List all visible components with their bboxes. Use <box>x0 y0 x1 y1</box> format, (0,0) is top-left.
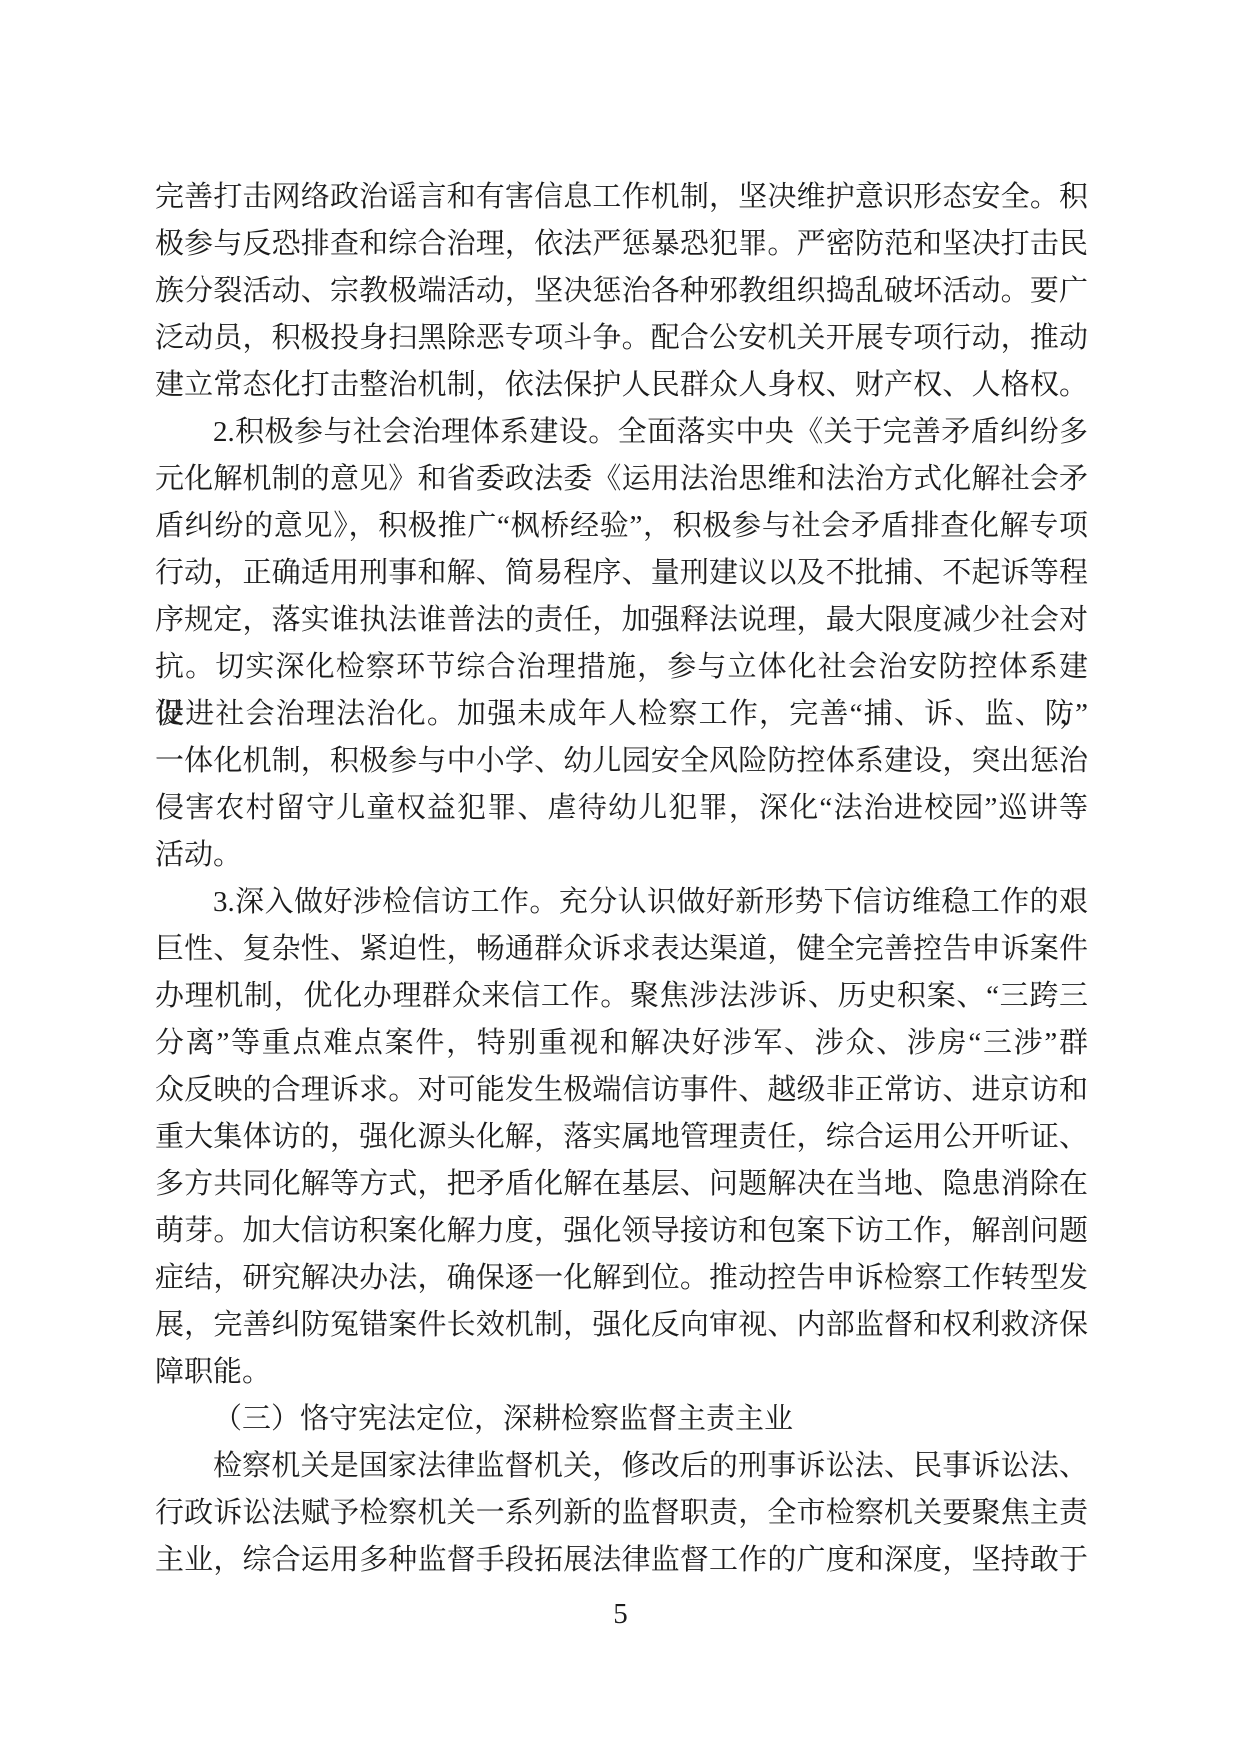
text-line: 巨性、复杂性、紧迫性，畅通群众诉求表达渠道，健全完善控告申诉案件 <box>155 926 1088 973</box>
text-line: 主业，综合运用多种监督手段拓展法律监督工作的广度和深度，坚持敢于 <box>155 1537 1088 1584</box>
text-line: 抗。切实深化检察环节综合治理措施，参与立体化社会治安防控体系建设， <box>155 644 1088 691</box>
text-line: 建立常态化打击整治机制，依法保护人民群众人身权、财产权、人格权。 <box>155 362 1088 409</box>
text-line: 元化解机制的意见》和省委政法委《运用法治思维和法治方式化解社会矛 <box>155 456 1088 503</box>
text-line: 盾纠纷的意见》，积极推广“枫桥经验”，积极参与社会矛盾排查化解专项 <box>155 503 1088 550</box>
text-line: 序规定，落实谁执法谁普法的责任，加强释法说理，最大限度减少社会对 <box>155 597 1088 644</box>
text-line: 分离”等重点难点案件，特别重视和解决好涉军、涉众、涉房“三涉”群 <box>155 1020 1088 1067</box>
text-line: 促进社会治理法治化。加强未成年人检察工作，完善“捕、诉、监、防” <box>155 691 1088 738</box>
text-line: 众反映的合理诉求。对可能发生极端信访事件、越级非正常访、进京访和 <box>155 1067 1088 1114</box>
text-line: 行政诉讼法赋予检察机关一系列新的监督职责，全市检察机关要聚焦主责 <box>155 1490 1088 1537</box>
text-line: 障职能。 <box>155 1349 1088 1396</box>
text-line: 展，完善纠防冤错案件长效机制，强化反向审视、内部监督和权利救济保 <box>155 1302 1088 1349</box>
page-number: 5 <box>0 1594 1241 1634</box>
body-text: 完善打击网络政治谣言和有害信息工作机制，坚决维护意识形态安全。积极参与反恐排查和… <box>155 174 1088 1584</box>
text-line: 泛动员，积极投身扫黑除恶专项斗争。配合公安机关开展专项行动，推动 <box>155 315 1088 362</box>
text-line: 极参与反恐排查和综合治理，依法严惩暴恐犯罪。严密防范和坚决打击民 <box>155 221 1088 268</box>
text-line: 2.积极参与社会治理体系建设。全面落实中央《关于完善矛盾纠纷多 <box>155 409 1088 456</box>
text-line: 3.深入做好涉检信访工作。充分认识做好新形势下信访维稳工作的艰 <box>155 879 1088 926</box>
document-page: 完善打击网络政治谣言和有害信息工作机制，坚决维护意识形态安全。积极参与反恐排查和… <box>0 0 1241 1754</box>
text-line: 办理机制，优化办理群众来信工作。聚焦涉法涉诉、历史积案、“三跨三 <box>155 973 1088 1020</box>
text-line: 完善打击网络政治谣言和有害信息工作机制，坚决维护意识形态安全。积 <box>155 174 1088 221</box>
text-line: 重大集体访的，强化源头化解，落实属地管理责任，综合运用公开听证、 <box>155 1114 1088 1161</box>
text-line: 症结，研究解决办法，确保逐一化解到位。推动控告申诉检察工作转型发 <box>155 1255 1088 1302</box>
text-line: 族分裂活动、宗教极端活动，坚决惩治各种邪教组织捣乱破坏活动。要广 <box>155 268 1088 315</box>
text-line: 活动。 <box>155 832 1088 879</box>
text-line: 一体化机制，积极参与中小学、幼儿园安全风险防控体系建设，突出惩治 <box>155 738 1088 785</box>
text-line: （三）恪守宪法定位，深耕检察监督主责主业 <box>155 1396 1088 1443</box>
text-line: 侵害农村留守儿童权益犯罪、虐待幼儿犯罪，深化“法治进校园”巡讲等 <box>155 785 1088 832</box>
text-line: 多方共同化解等方式，把矛盾化解在基层、问题解决在当地、隐患消除在 <box>155 1161 1088 1208</box>
text-line: 检察机关是国家法律监督机关，修改后的刑事诉讼法、民事诉讼法、 <box>155 1443 1088 1490</box>
text-line: 萌芽。加大信访积案化解力度，强化领导接访和包案下访工作，解剖问题 <box>155 1208 1088 1255</box>
text-line: 行动，正确适用刑事和解、简易程序、量刑建议以及不批捕、不起诉等程 <box>155 550 1088 597</box>
